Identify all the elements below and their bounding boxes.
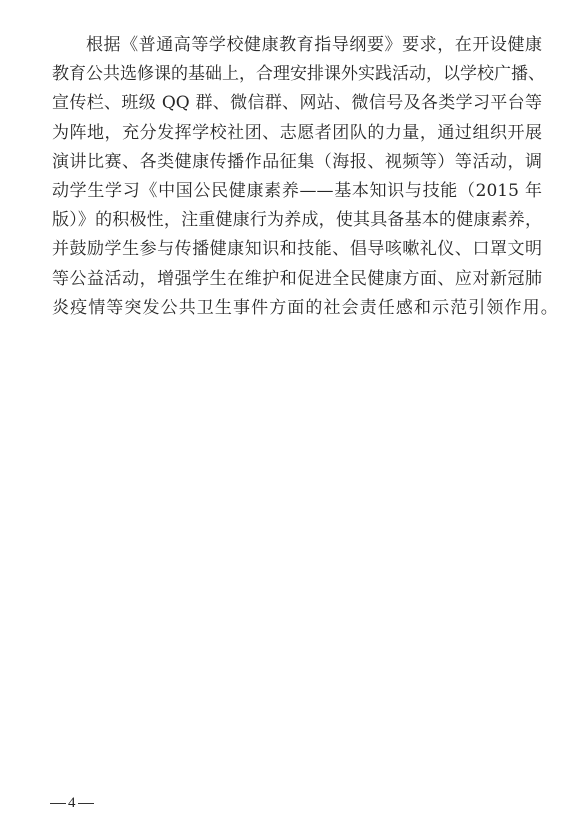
paragraph-line: 为阵地，充分发挥学校社团、志愿者团队的力量，通过组织开展 [52, 119, 542, 148]
paragraph-line: 宣传栏、班级 QQ 群、微信群、网站、微信号及各类学习平台等 [52, 89, 542, 118]
page-footer: 4 [50, 795, 94, 812]
document-page: 根据《普通高等学校健康教育指导纲要》要求，在开设健康 教育公共选修课的基础上，合… [0, 0, 586, 833]
dash-left-decoration [50, 803, 66, 804]
paragraph-line: 根据《普通高等学校健康教育指导纲要》要求，在开设健康 [52, 31, 542, 60]
paragraph-line: 版）》的积极性，注重健康行为养成，使其具备基本的健康素养， [52, 206, 542, 235]
page-number: 4 [68, 795, 76, 812]
paragraph-line: 演讲比赛、各类健康传播作品征集（海报、视频等）等活动，调 [52, 148, 542, 177]
paragraph-line: 等公益活动，增强学生在维护和促进全民健康方面、应对新冠肺 [52, 265, 542, 294]
paragraph-line: 并鼓励学生参与传播健康知识和技能、倡导咳嗽礼仪、口罩文明 [52, 235, 542, 264]
dash-right-decoration [78, 803, 94, 804]
paragraph-line: 动学生学习《中国公民健康素养——基本知识与技能（2015 年 [52, 177, 542, 206]
body-paragraph: 根据《普通高等学校健康教育指导纲要》要求，在开设健康 教育公共选修课的基础上，合… [52, 31, 542, 323]
paragraph-line: 教育公共选修课的基础上，合理安排课外实践活动，以学校广播、 [52, 60, 542, 89]
paragraph-line: 炎疫情等突发公共卫生事件方面的社会责任感和示范引领作用。 [52, 294, 542, 323]
